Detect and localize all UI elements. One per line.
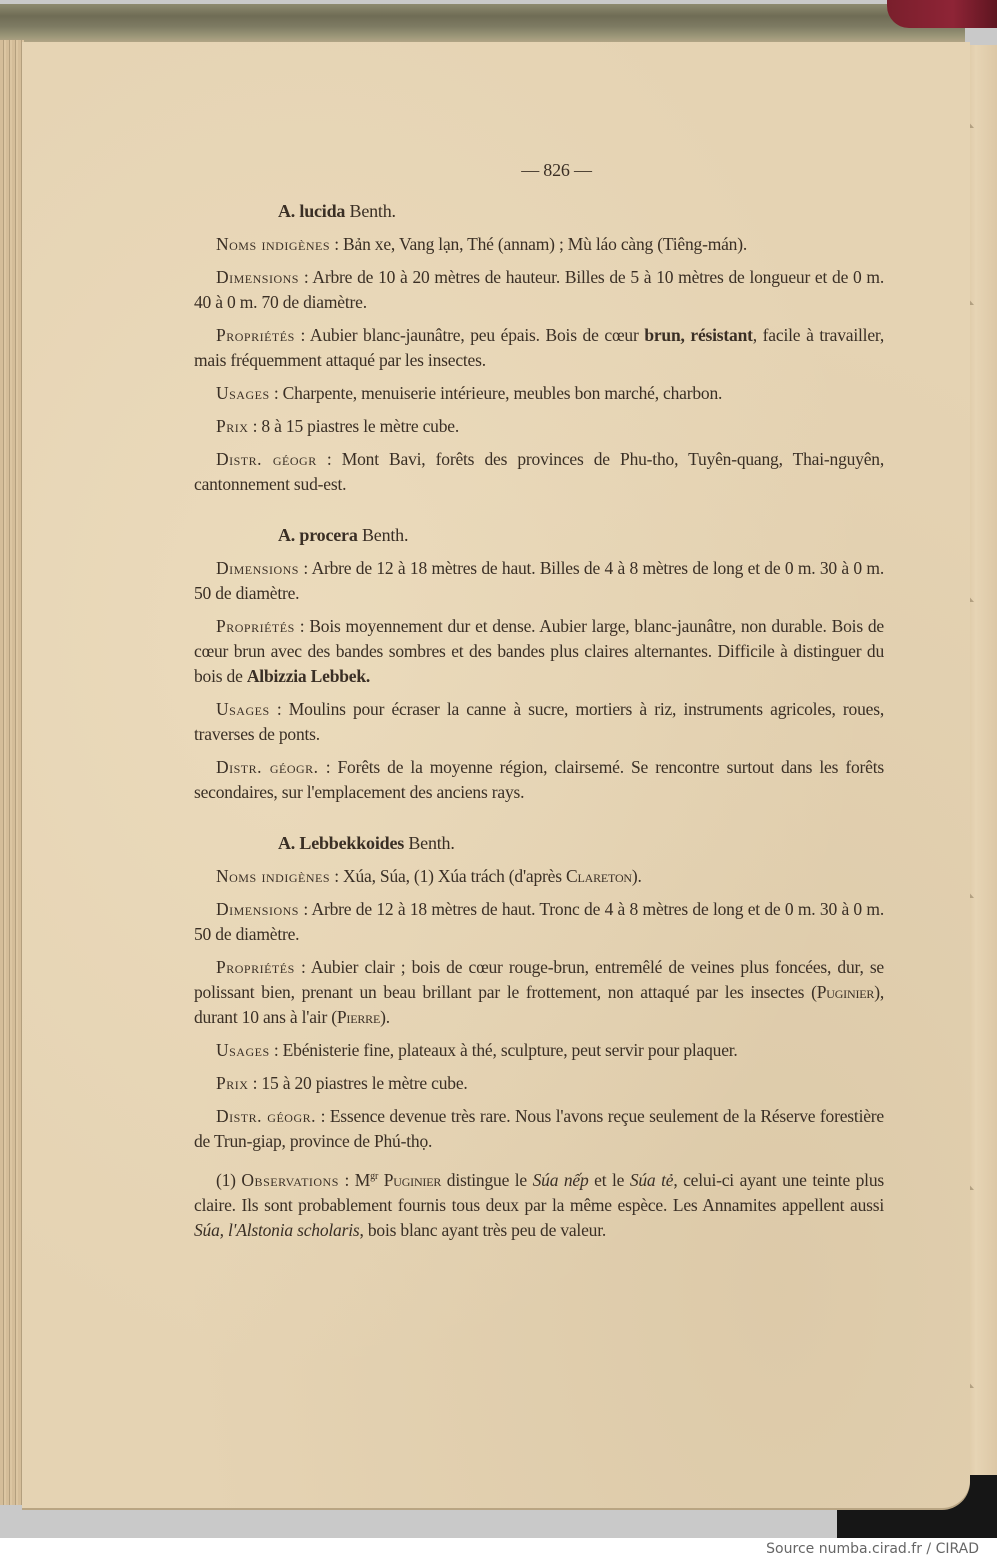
field-distr-geogr: Distr. géogr. : Forêts de la moyenne rég… — [194, 755, 884, 805]
field-value: Moulins pour écraser la canne à sucre, m… — [194, 699, 884, 744]
field-value: ). — [632, 866, 642, 886]
field-distr-geogr: Distr. géogr : Mont Bavi, forêts des pro… — [194, 447, 884, 497]
field-value: Bản xe, Vang lạn, Thé (annam) ; Mù láo c… — [343, 234, 747, 254]
species-name: A. lucida — [278, 201, 345, 221]
field-label: Prix — [216, 1073, 248, 1093]
field-emphasis: Albizzia Lebbek. — [247, 666, 370, 686]
field-label: Observations — [241, 1170, 338, 1190]
page-content: — 826 — A. lucida Benth. Noms indigènes … — [194, 150, 884, 1251]
honorific: M — [355, 1170, 370, 1190]
species-name: A. procera — [278, 525, 358, 545]
entry-a-lucida: A. lucida Benth. Noms indigènes : Bản xe… — [194, 199, 884, 497]
field-value: 15 à 20 piastres le mètre cube. — [261, 1073, 467, 1093]
honorific-superscript: gr — [370, 1171, 378, 1182]
entry-a-procera: A. procera Benth. Dimensions : Arbre de … — [194, 523, 884, 805]
field-usages: Usages : Ebénisterie fine, plateaux à th… — [194, 1038, 884, 1063]
entry-a-lebbekkoides: A. Lebbekkoides Benth. Noms indigènes : … — [194, 831, 884, 1154]
footnote-text: , bois blanc ayant très peu de valeur. — [360, 1220, 607, 1240]
species-heading: A. Lebbekkoides Benth. — [278, 831, 884, 856]
field-label: Distr. géogr. — [216, 757, 319, 777]
italic-term: Súa nếp — [533, 1170, 589, 1190]
field-label: Dimensions — [216, 899, 299, 919]
field-value: ). — [380, 1007, 390, 1027]
field-proprietes: Propriétés : Aubier clair ; bois de cœur… — [194, 955, 884, 1030]
field-dimensions: Dimensions : Arbre de 10 à 20 mètres de … — [194, 265, 884, 315]
italic-term: Súa, l'Alstonia scholaris — [194, 1220, 360, 1240]
species-author: Benth. — [408, 833, 454, 853]
field-proprietes: Propriétés : Bois moyennement dur et den… — [194, 614, 884, 689]
source-credit: Source numba.cirad.fr / CIRAD — [766, 1541, 979, 1557]
cited-author: Pierre — [337, 1007, 380, 1027]
field-label: Propriétés — [216, 957, 295, 977]
field-label: Distr. géogr. — [216, 1106, 316, 1126]
field-prix: Prix : 8 à 15 piastres le mètre cube. — [194, 414, 884, 439]
page-number: — 826 — — [194, 158, 884, 183]
field-label: Dimensions — [216, 267, 299, 287]
species-author: Benth. — [362, 525, 408, 545]
italic-term: Súa tẻ — [630, 1170, 674, 1190]
field-noms-indigenes: Noms indigènes : Xúa, Súa, (1) Xúa trách… — [194, 864, 884, 889]
species-heading: A. lucida Benth. — [278, 199, 884, 224]
field-label: Usages — [216, 1040, 270, 1060]
species-author: Benth. — [350, 201, 396, 221]
cited-author: Clareton — [566, 866, 632, 886]
field-noms-indigenes: Noms indigènes : Bản xe, Vang lạn, Thé (… — [194, 232, 884, 257]
field-usages: Usages : Moulins pour écraser la canne à… — [194, 697, 884, 747]
field-value: Aubier clair ; bois de cœur rouge-brun, … — [194, 957, 884, 1002]
book-top-edge — [0, 4, 965, 44]
field-label: Distr. géogr — [216, 449, 317, 469]
field-usages: Usages : Charpente, menuiserie intérieur… — [194, 381, 884, 406]
field-label: Noms indigènes — [216, 234, 330, 254]
footnote-text: distingue le — [441, 1170, 532, 1190]
field-value: 8 à 15 piastres le mètre cube. — [261, 416, 459, 436]
field-label: Propriétés — [216, 616, 295, 636]
footnote-marker: (1) — [216, 1170, 236, 1190]
field-proprietes: Propriétés : Aubier blanc-jaunâtre, peu … — [194, 323, 884, 373]
field-label: Noms indigènes — [216, 866, 330, 886]
field-dimensions: Dimensions : Arbre de 12 à 18 mètres de … — [194, 897, 884, 947]
bookmark-ribbon — [887, 0, 997, 28]
field-label: Usages — [216, 699, 270, 719]
field-value: Aubier blanc-jaunâtre, peu épais. Bois d… — [310, 325, 644, 345]
species-name: A. Lebbekkoides — [278, 833, 404, 853]
footnote-observations: (1) Observations : Mgr Puginier distingu… — [194, 1164, 884, 1243]
field-value: Charpente, menuiserie intérieure, meuble… — [283, 383, 723, 403]
cited-author: Puginier — [384, 1170, 441, 1190]
field-emphasis: brun, résistant — [644, 325, 752, 345]
field-value: Ebénisterie fine, plateaux à thé, sculpt… — [283, 1040, 738, 1060]
cited-author: Puginier — [817, 982, 874, 1002]
footnote-text: et le — [589, 1170, 630, 1190]
page-stack-left — [0, 40, 24, 1505]
field-label: Propriétés — [216, 325, 295, 345]
field-label: Prix — [216, 416, 248, 436]
field-label: Dimensions — [216, 558, 299, 578]
field-label: Usages — [216, 383, 270, 403]
field-value: Xúa, Súa, (1) Xúa trách (d'après — [343, 866, 566, 886]
field-dimensions: Dimensions : Arbre de 12 à 18 mètres de … — [194, 556, 884, 606]
field-prix: Prix : 15 à 20 piastres le mètre cube. — [194, 1071, 884, 1096]
field-distr-geogr: Distr. géogr. : Essence devenue très rar… — [194, 1104, 884, 1154]
species-heading: A. procera Benth. — [278, 523, 884, 548]
